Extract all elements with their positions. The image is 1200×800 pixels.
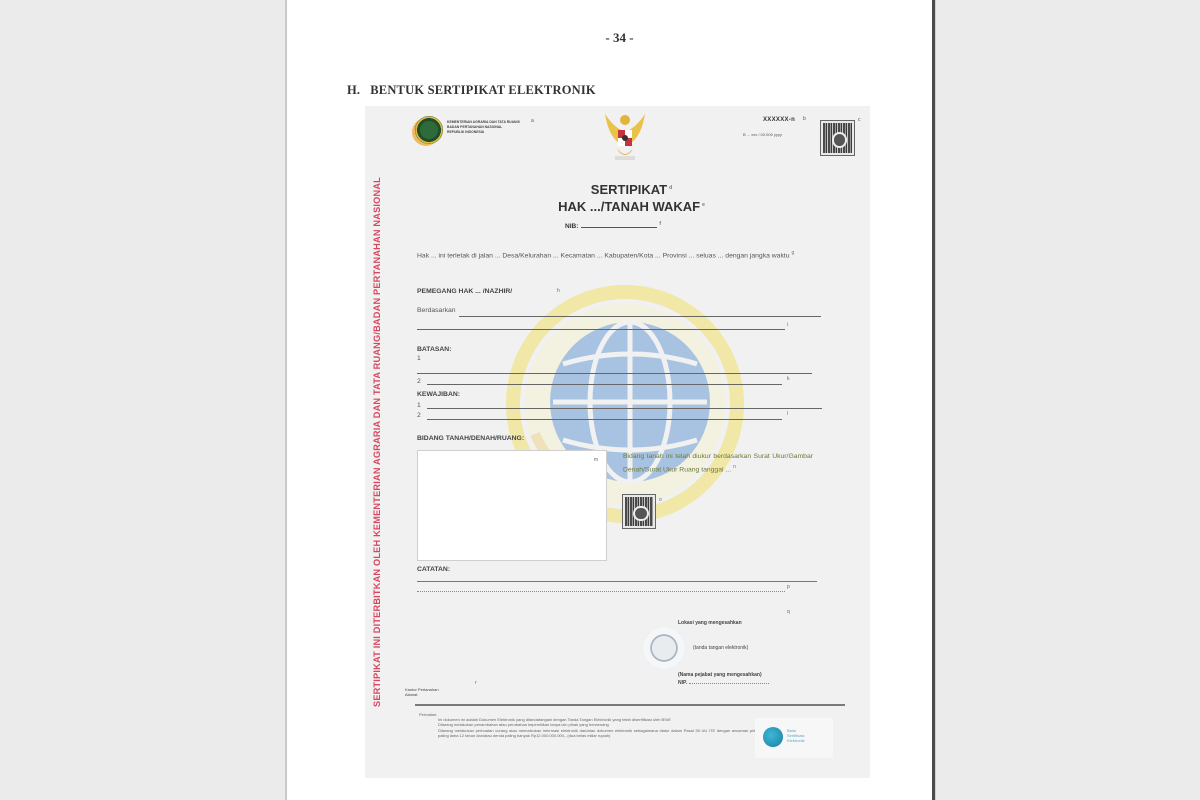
- official-nip: NIP.: [678, 680, 769, 686]
- notes-line: [417, 591, 785, 592]
- issuer-name: KEMENTERIAN AGRARIA DAN TATA RUANG/ BADA…: [447, 120, 520, 135]
- bsre-label: Balai Sertifikasi Elektronik: [787, 728, 805, 743]
- section-heading: H.BENTUK SERTIPIKAT ELEKTRONIK: [347, 83, 596, 98]
- footnote-mark: c: [858, 117, 861, 123]
- parcel-qr-code-icon: [623, 495, 655, 528]
- boundaries-label: BATASAN:: [417, 346, 451, 353]
- notes-line: [417, 581, 817, 582]
- footnote-mark: r: [475, 680, 477, 686]
- footnote-mark: i: [787, 322, 788, 328]
- footnote-mark: l: [787, 411, 788, 417]
- nib-blank: [581, 227, 657, 228]
- digital-signature-label: (tanda tangan elektronik): [693, 645, 748, 651]
- footer-divider: [415, 704, 845, 706]
- obligations-label: KEWAJIBAN:: [417, 391, 460, 398]
- parcel-measurement-note: Bidang tanah ini telah diukur berdasarka…: [623, 452, 813, 475]
- garuda-emblem-icon: [601, 108, 649, 166]
- bsre-icon: [763, 727, 783, 747]
- notes-label: CATATAN:: [417, 566, 450, 573]
- based-on-label: Berdasarkan: [417, 307, 456, 314]
- obligation-number: 1: [417, 402, 421, 409]
- footnote-mark: p: [787, 584, 790, 590]
- parcel-label: BIDANG TANAH/DENAH/RUANG:: [417, 435, 524, 442]
- bpn-logo-icon: [415, 116, 443, 144]
- footnote-mark: q: [787, 609, 790, 615]
- obligation-line: [427, 408, 822, 409]
- section-title: BENTUK SERTIPIKAT ELEKTRONIK: [370, 83, 596, 97]
- document-page: - 34 - H.BENTUK SERTIPIKAT ELEKTRONIK SE…: [285, 0, 935, 800]
- nib-field: NIB:f: [565, 221, 661, 230]
- section-letter: H.: [347, 83, 360, 97]
- office-address: Kantor Pertanahan Alamat: [405, 687, 439, 697]
- footnote-mark: b: [803, 116, 806, 122]
- boundary-line: [427, 384, 782, 385]
- based-on-line: [459, 316, 821, 317]
- certificate-reference: B ... xxx / 00.000 yyyy: [743, 132, 782, 137]
- parcel-map-box: m: [417, 450, 607, 561]
- based-on-line: [417, 329, 785, 330]
- footnote-mark: a: [531, 118, 534, 124]
- certificate-code: XXXXXX-n: [763, 117, 795, 123]
- footer-notice: Perhatian: Ini dokumen ini adalah Dokume…: [422, 712, 762, 738]
- document-viewer: - 34 - H.BENTUK SERTIPIKAT ELEKTRONIK SE…: [0, 0, 1200, 800]
- land-description: Hak ... ini terletak di jalan ... Desa/K…: [417, 248, 822, 261]
- official-seal-icon: [643, 627, 685, 669]
- signature-title: Lokasi yang mengesahkan: [678, 620, 742, 626]
- holder-label: PEMEGANG HAK ... /NAZHIR/: [417, 288, 512, 295]
- boundary-number: 2: [417, 378, 421, 385]
- obligation-line: [427, 419, 782, 420]
- page-number: - 34 -: [287, 30, 932, 46]
- footnote-mark: h: [557, 288, 560, 294]
- boundary-number: 1: [417, 355, 421, 362]
- footnote-mark: k: [787, 376, 790, 382]
- boundary-line: [417, 373, 812, 374]
- certificate-sample: SERTIPIKAT INI DITERBITKAN OLEH KEMENTER…: [365, 106, 870, 778]
- side-issuer-text: SERTIPIKAT INI DITERBITKAN OLEH KEMENTER…: [372, 177, 382, 707]
- official-name: (Nama pejabat yang mengesahkan): [678, 672, 762, 678]
- certificate-title: SERTIPIKATd: [365, 182, 870, 197]
- qr-code-icon: [821, 121, 854, 155]
- obligation-number: 2: [417, 412, 421, 419]
- bsre-logo: Balai Sertifikasi Elektronik: [755, 718, 833, 758]
- certificate-subtitle: HAK .../TANAH WAKAFe: [365, 199, 870, 214]
- footnote-mark: o: [659, 497, 662, 503]
